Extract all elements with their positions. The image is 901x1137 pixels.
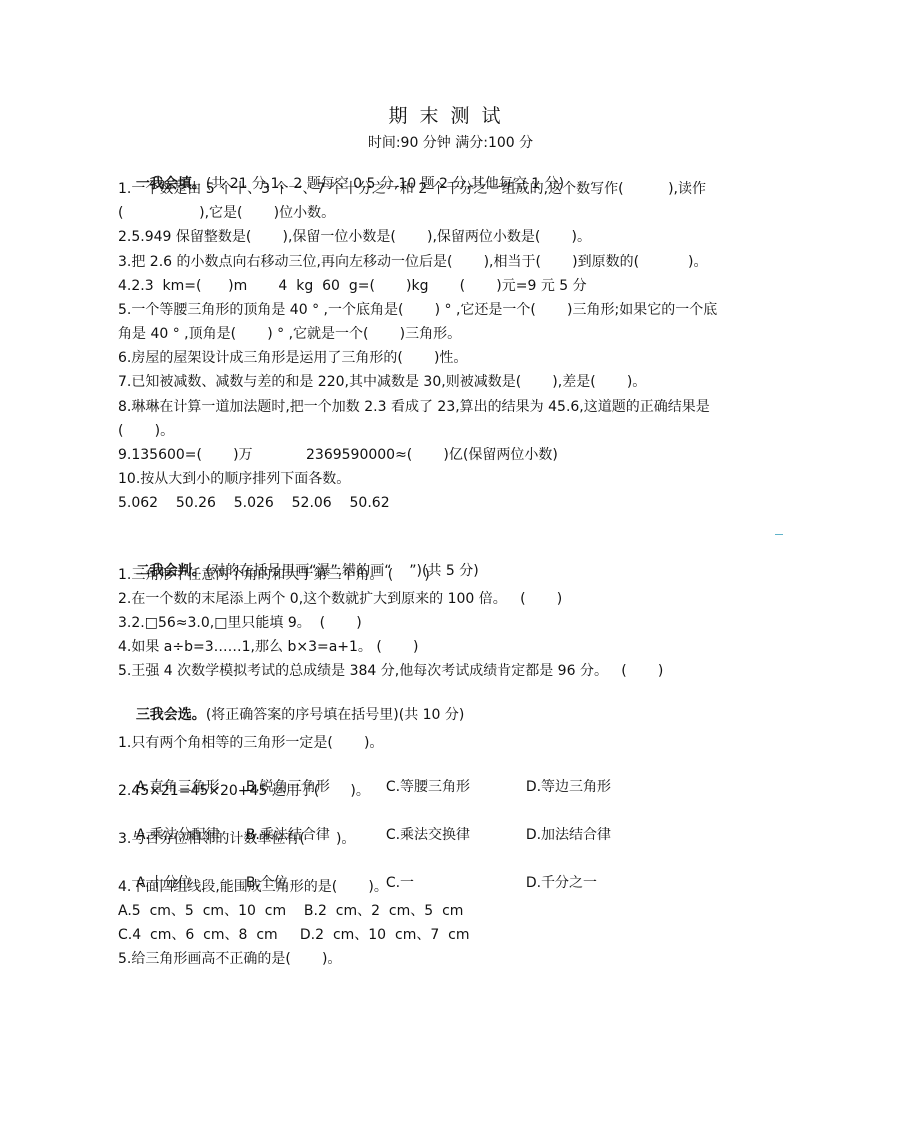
exam-info: 时间:90 分钟 满分:100 分 [0,132,901,152]
s3-q1-stem: 1.只有两个角相等的三角形一定是( )。 [118,733,383,753]
section3-note: (将正确答案的序号填在括号里)(共 10 分) [206,707,465,723]
s2-line: 5.王强 4 次数学模拟考试的总成绩是 384 分,他每次考试成绩肯定都是 96… [118,661,663,681]
s1-line: ( )。 [118,421,174,441]
exam-page: 期末测试 时间:90 分钟 满分:100 分 一我会填。(共 21 分,1、2 … [0,0,901,1137]
s3-q4-options-row1: A.5 cm、5 cm、10 cm B.2 cm、2 cm、5 cm [118,901,463,921]
s2-line: 2.在一个数的末尾添上两个 0,这个数就扩大到原来的 100 倍。 ( ) [118,589,562,609]
s1-line: 3.把 2.6 的小数点向右移动三位,再向左移动一位后是( ),相当于( )到原… [118,252,707,272]
option-c: C.乘法交换律 [386,825,526,845]
s1-line: 1.一个数是由 5 个十、3 个一、7 个十分之一和 2 个千分之一组成的,这个… [118,179,706,199]
s3-q4-options-row2: C.4 cm、6 cm、8 cm D.2 cm、10 cm、7 cm [118,925,469,945]
s1-line: 7.已知被减数、减数与差的和是 220,其中减数是 30,则被减数是( ),差是… [118,372,646,392]
s3-q3-stem: 3.与百分位相邻的计数单位有( )。 [118,829,355,849]
option-c: C.一 [386,873,526,893]
s2-line: 1.三角形中任意两个角的和大于第三个角。 ( ) [118,565,430,585]
s3-q2-stem: 2.45×21=45×20+45 运用了( )。 [118,781,370,801]
page-title: 期末测试 [0,101,901,128]
s2-line: 3.2.□56≈3.0,□里只能填 9。 ( ) [118,613,362,633]
s1-line: 8.琳琳在计算一道加法题时,把一个加数 2.3 看成了 23,算出的结果为 45… [118,397,710,417]
option-c: C.等腰三角形 [386,777,526,797]
s1-line: 2.5.949 保留整数是( ),保留一位小数是( ),保留两位小数是( )。 [118,227,591,247]
option-d: D.加法结合律 [526,825,611,845]
s1-line: 6.房屋的屋架设计成三角形是运用了三角形的( )性。 [118,348,467,368]
s1-line: 4.2.3 km=( )m 4 kg 60 g=( )kg ( )元=9 元 5… [118,276,587,296]
option-d: D.千分之一 [526,873,597,893]
s3-q4-stem: 4.下面四组线段,能围成三角形的是( )。 [118,877,388,897]
s1-line: 10.按从大到小的顺序排列下面各数。 [118,469,350,489]
s2-line: 4.如果 a÷b=3……1,那么 b×3=a+1。 ( ) [118,637,418,657]
decorative-mark [775,534,783,535]
s1-numbers-line: 5.062 50.26 5.026 52.06 50.62 [118,493,390,513]
s3-q5-stem: 5.给三角形画高不正确的是( )。 [118,949,341,969]
option-d: D.等边三角形 [526,777,611,797]
s1-line: ( ),它是( )位小数。 [118,203,335,223]
s1-line: 5.一个等腰三角形的顶角是 40 ° ,一个底角是( ) ° ,它还是一个( )… [118,300,717,320]
s1-line: 角是 40 ° ,顶角是( ) ° ,它就是一个( )三角形。 [118,324,461,344]
s1-line: 9.135600=( )万 2369590000≈( )亿(保留两位小数) [118,445,558,465]
section3-heading: 三我会选。 [136,707,206,723]
